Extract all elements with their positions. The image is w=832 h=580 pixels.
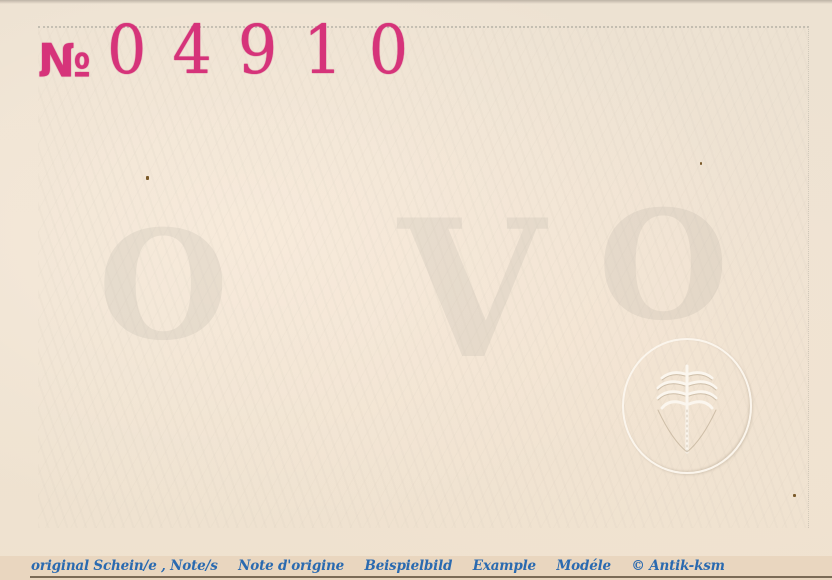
watermark-caption: original Schein/e , Note/s Note d'origin…	[31, 558, 741, 574]
caption-beispielbild: Beispielbild	[365, 558, 453, 574]
caption-copyright: © Antik-ksm	[631, 558, 724, 574]
paper-speck	[146, 176, 149, 180]
ghost-numeral: O	[98, 198, 229, 374]
ghost-numeral: O	[598, 178, 729, 354]
ghost-numeral: V	[398, 178, 545, 401]
caption-note-origine: Note d'origine	[238, 558, 344, 574]
numero-sign: №	[38, 39, 85, 85]
caption-modele: Modéle	[556, 558, 611, 574]
banknote-back: V O O № 04910	[0, 0, 832, 580]
paper-speck	[793, 494, 796, 497]
serial-number: 04910	[107, 17, 434, 84]
paper-edge	[0, 0, 832, 4]
caption-example: Example	[473, 558, 536, 574]
palm-tree-seal-icon	[622, 338, 752, 474]
serial-number-stamp: № 04910	[38, 22, 434, 84]
paper-speck	[700, 162, 702, 165]
footer-underline	[30, 576, 832, 578]
caption-original: original Schein/e , Note/s	[31, 558, 218, 574]
